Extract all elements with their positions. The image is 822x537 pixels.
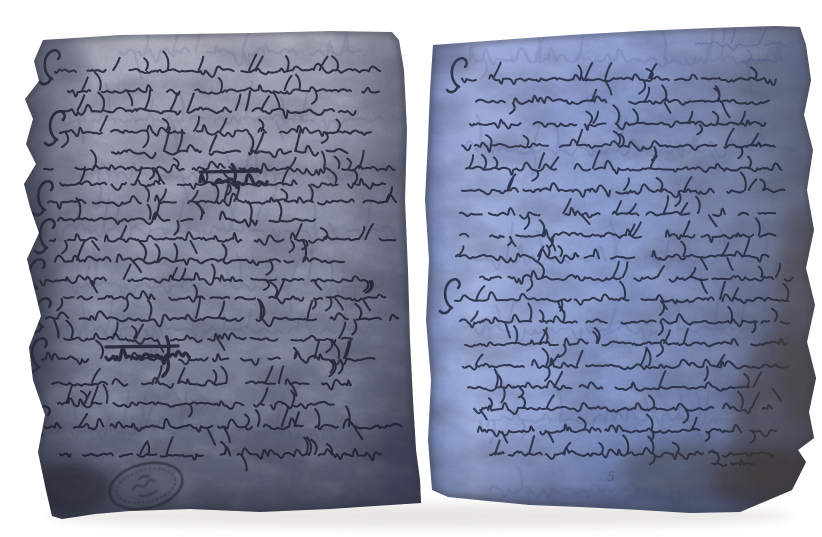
gutter-glint xyxy=(416,227,422,239)
right-page-surface xyxy=(422,22,822,520)
gutter-glint xyxy=(419,294,424,304)
right-page: 5 xyxy=(422,22,822,520)
left-page-surface xyxy=(20,16,428,526)
manuscript-photograph: 5 xyxy=(0,0,822,537)
left-page xyxy=(20,16,428,526)
manuscript-photo-canvas: 5 xyxy=(0,0,822,537)
folio-number: 5 xyxy=(607,470,615,485)
margin-cross-mark xyxy=(23,162,33,172)
